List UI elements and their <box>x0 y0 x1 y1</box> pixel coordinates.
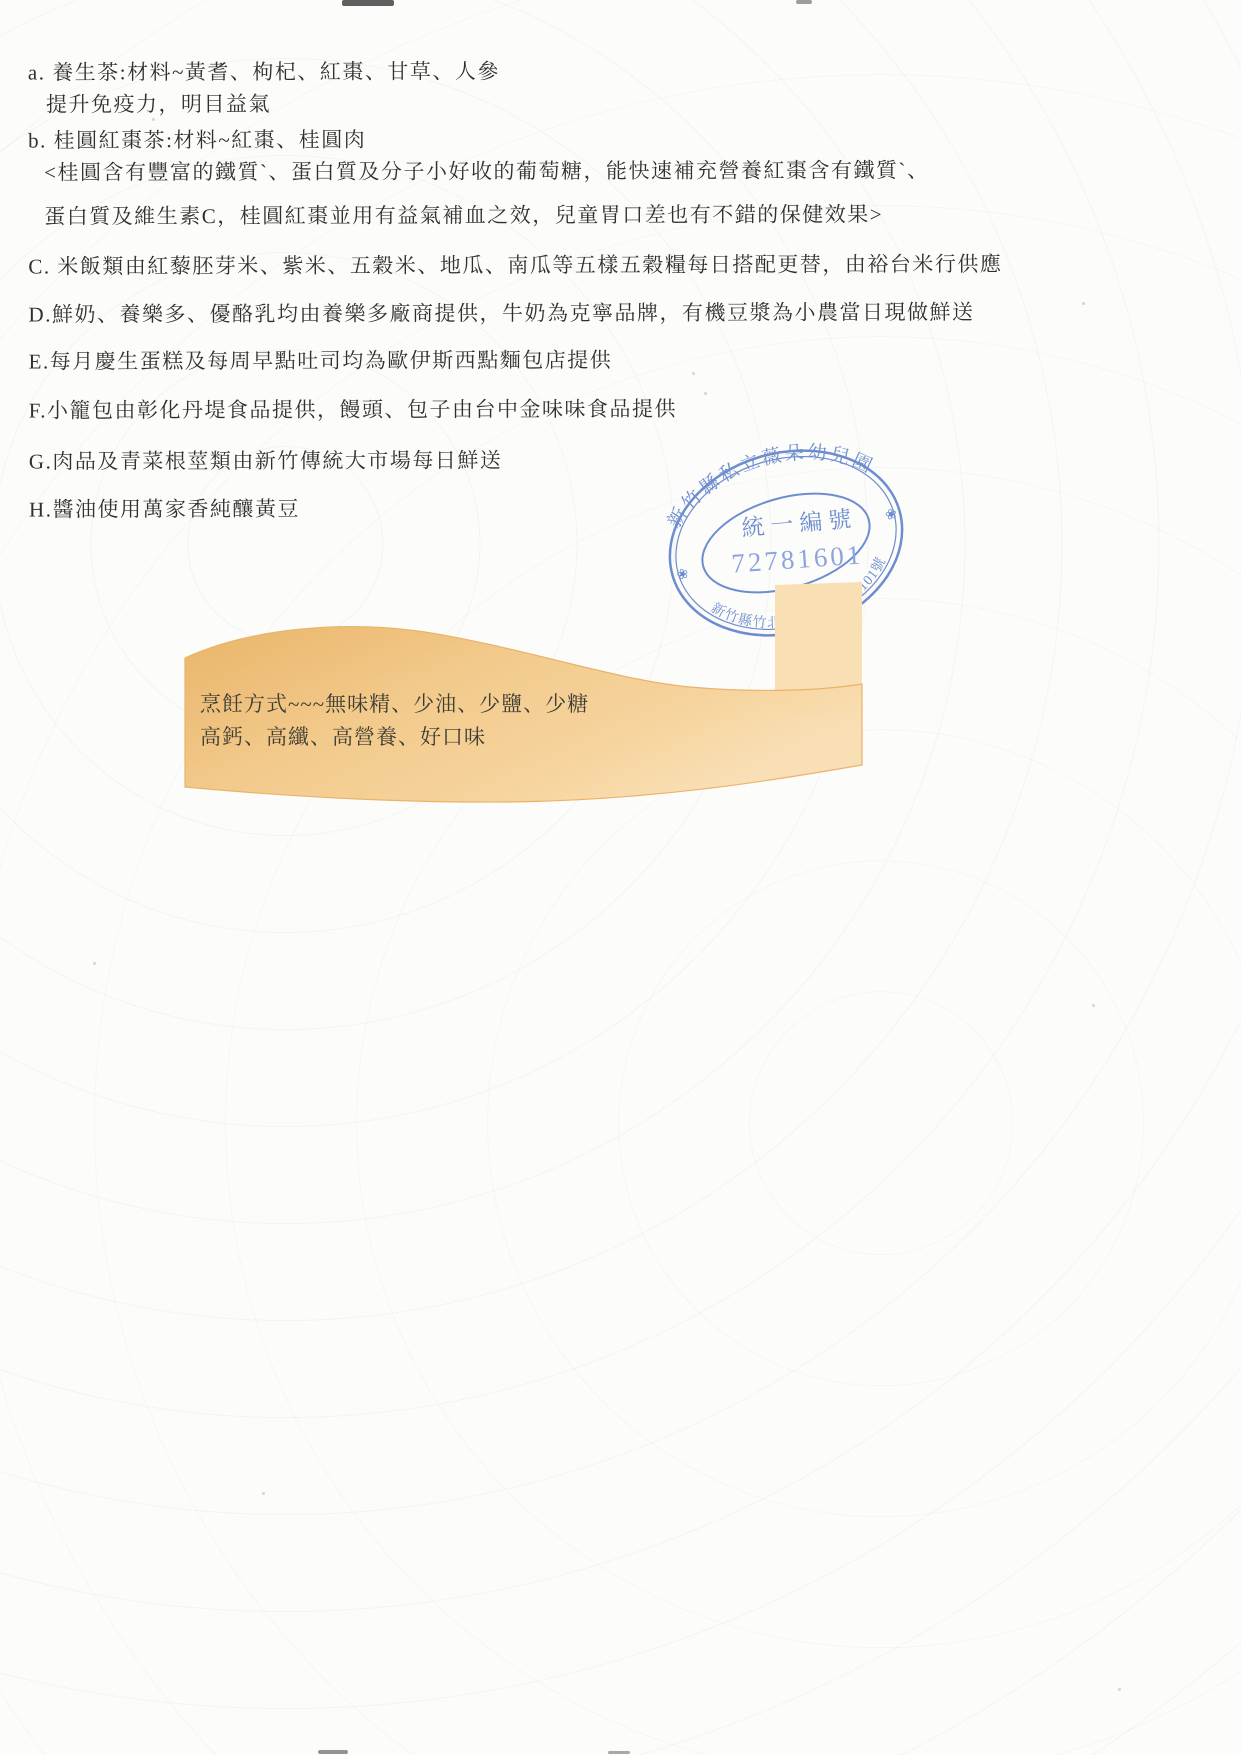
document-line-g: G.肉品及青菜根莖類由新竹傳統大市場每日鮮送 <box>29 444 502 475</box>
document-line-b-note2: 蛋白質及維生素C，桂圓紅棗並用有益氣補血之效，兒童胃口差也有不錯的保健效果> <box>44 198 883 230</box>
document-line-a: a. 養生茶:材料~黃耆、枸杞、紅棗、甘草、人參 <box>28 55 500 86</box>
document-line-b-note1: <桂圓含有豐富的鐵質`、蛋白質及分子小好收的葡萄糖，能快速補充營養紅棗含有鐵質`… <box>44 154 929 186</box>
document-line-e: E.每月慶生蛋糕及每周早點吐司均為歐伊斯西點麵包店提供 <box>29 344 613 376</box>
document-line-f: F.小籠包由彰化丹堤食品提供，饅頭、包子由台中金味味食品提供 <box>29 393 677 425</box>
blossom-icon: ❀ <box>884 507 899 525</box>
document-line-d: D.鮮奶、養樂多、優酪乳均由養樂多廠商提供，牛奶為克寧品牌，有機豆漿為小農當日現… <box>28 296 974 328</box>
document-line-h: H.醬油使用萬家香純釀黃豆 <box>29 493 300 524</box>
banner-text-line2: 高鈣、高纖、高營養、好口味 <box>200 721 589 754</box>
document-line-b: b. 桂圓紅棗茶:材料~紅棗、桂圓肉 <box>28 124 366 155</box>
document-body: a. 養生茶:材料~黃耆、枸杞、紅棗、甘草、人參 提升免疫力，明目益氣 b. 桂… <box>0 0 1241 1755</box>
banner-text-line1: 烹飪方式~~~無味精、少油、少鹽、少糖 <box>200 688 589 721</box>
banner-text: 烹飪方式~~~無味精、少油、少鹽、少糖 高鈣、高纖、高營養、好口味 <box>200 688 589 754</box>
cooking-method-banner: 烹飪方式~~~無味精、少油、少鹽、少糖 高鈣、高纖、高營養、好口味 <box>180 572 870 817</box>
document-line-c: C. 米飯類由紅藜胚芽米、紫米、五穀米、地瓜、南瓜等五樣五穀糧每日搭配更替，由裕… <box>28 248 1002 281</box>
stamp-id-label: 統一編號 <box>740 506 858 541</box>
document-line-a2: 提升免疫力，明目益氣 <box>46 88 271 119</box>
